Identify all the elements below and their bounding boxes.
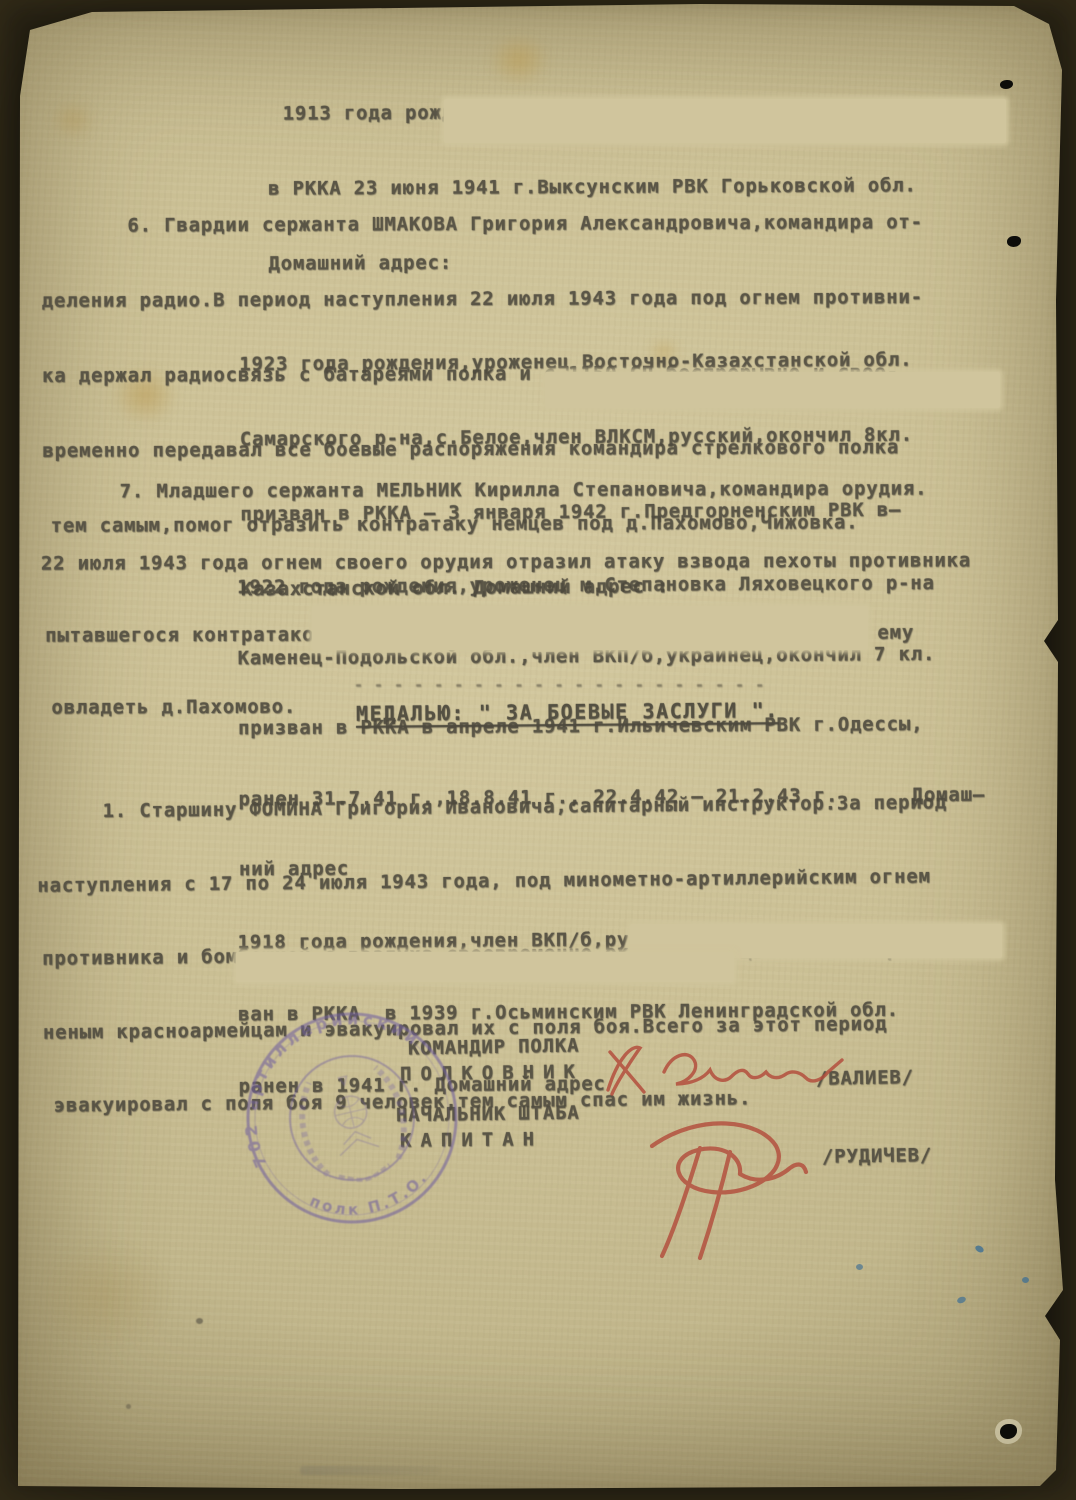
- typed-line: 1922 года рождения,уроженец м.Степановка…: [237, 572, 984, 600]
- typed-line: 7. Младшего сержанта МЕЛЬНИК Кирилла Сте…: [45, 476, 971, 503]
- typed-line: 6. Гвардии сержанта ШМАКОВА Григория Але…: [41, 210, 923, 239]
- ink-speck: [126, 1404, 131, 1409]
- medal-section-heading: МЕДАЛЬЮ: " ЗА БОЕВЫЕ ЗАСЛУГИ ".: [356, 698, 779, 727]
- pencil-smudge: [300, 1466, 440, 1475]
- redaction-box: [236, 952, 734, 982]
- typed-dash-divider: - - - - - - - - - - - - - - - - - - - - …: [354, 678, 765, 693]
- redaction-box: [444, 99, 1006, 143]
- redaction-box: [545, 372, 1000, 408]
- redaction-box: [312, 606, 868, 650]
- blue-ink-speck: [1022, 1277, 1029, 1283]
- typed-line: 1. Старшину ФОМИНА Григория Ивановича,са…: [40, 790, 947, 824]
- chief-of-staff-signature-ink: [600, 1098, 860, 1273]
- ink-speck: [196, 1318, 203, 1324]
